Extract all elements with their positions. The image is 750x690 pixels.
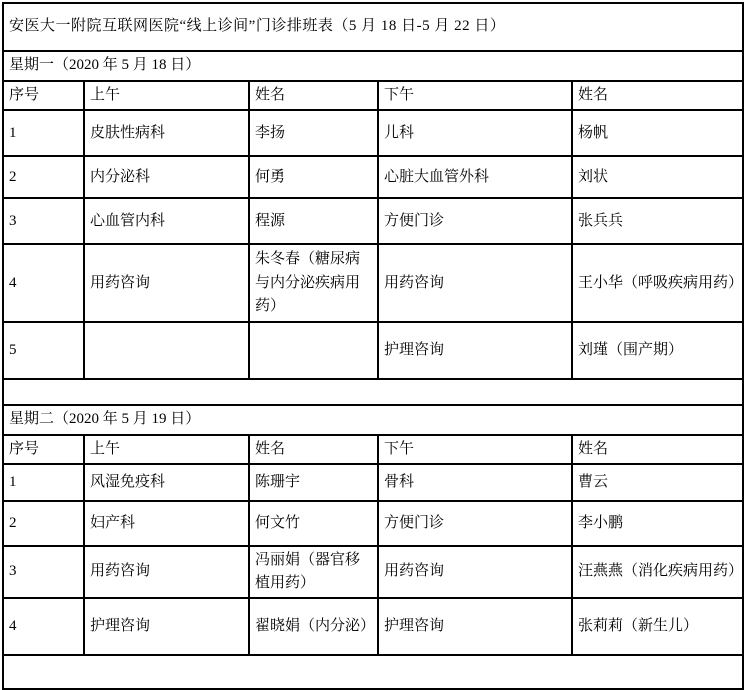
col-header-am-name: 姓名 <box>249 435 378 464</box>
row-no: 3 <box>3 198 84 244</box>
pm-name-cell: 曹云 <box>572 464 743 501</box>
pm-name-cell: 刘瑾（围产期） <box>572 322 743 379</box>
bottom-spacer-row <box>3 655 743 689</box>
table-row: 5 护理咨询 刘瑾（围产期） <box>3 322 743 379</box>
schedule-table: 安医大一附院互联网医院“线上诊间”门诊排班表（5 月 18 日-5 月 22 日… <box>2 2 744 689</box>
col-header-am-name: 姓名 <box>249 81 378 110</box>
pm-dept-cell: 方便门诊 <box>378 501 572 546</box>
pm-dept-cell: 护理咨询 <box>378 322 572 379</box>
am-name-cell: 李扬 <box>249 110 378 156</box>
day2-header-row: 序号 上午 姓名 下午 姓名 <box>3 435 743 464</box>
am-dept-cell: 皮肤性病科 <box>84 110 249 156</box>
col-header-pm-name: 姓名 <box>572 81 743 110</box>
col-header-pm: 下午 <box>378 81 572 110</box>
day2-heading-row: 星期二（2020 年 5 月 19 日） <box>3 405 743 434</box>
col-header-am: 上午 <box>84 81 249 110</box>
am-dept-cell: 用药咨询 <box>84 244 249 322</box>
col-header-no: 序号 <box>3 81 84 110</box>
row-no: 2 <box>3 156 84 198</box>
pm-name-cell: 刘状 <box>572 156 743 198</box>
row-no: 3 <box>3 546 84 599</box>
am-dept-cell <box>84 322 249 379</box>
am-name-cell: 冯丽娟（器官移植用药） <box>249 546 378 599</box>
am-name-cell <box>249 322 378 379</box>
day2-heading: 星期二（2020 年 5 月 19 日） <box>3 405 743 434</box>
table-row: 3 心血管内科 程源 方便门诊 张兵兵 <box>3 198 743 244</box>
row-no: 5 <box>3 322 84 379</box>
am-name-cell: 陈珊宇 <box>249 464 378 501</box>
am-dept-cell: 风湿免疫科 <box>84 464 249 501</box>
table-row: 1 风湿免疫科 陈珊宇 骨科 曹云 <box>3 464 743 501</box>
am-dept-cell: 心血管内科 <box>84 198 249 244</box>
document-page: 安医大一附院互联网医院“线上诊间”门诊排班表（5 月 18 日-5 月 22 日… <box>2 2 746 689</box>
title-row: 安医大一附院互联网医院“线上诊间”门诊排班表（5 月 18 日-5 月 22 日… <box>3 3 743 51</box>
pm-name-cell: 汪燕燕（消化疾病用药） <box>572 546 743 599</box>
row-no: 1 <box>3 110 84 156</box>
page-title: 安医大一附院互联网医院“线上诊间”门诊排班表（5 月 18 日-5 月 22 日… <box>3 3 743 51</box>
am-name-cell: 何文竹 <box>249 501 378 546</box>
spacer-row <box>3 379 743 405</box>
day1-header-row: 序号 上午 姓名 下午 姓名 <box>3 81 743 110</box>
table-row: 4 用药咨询 朱冬春（糖尿病与内分泌疾病用药） 用药咨询 王小华（呼吸疾病用药） <box>3 244 743 322</box>
am-dept-cell: 用药咨询 <box>84 546 249 599</box>
pm-dept-cell: 护理咨询 <box>378 598 572 655</box>
pm-dept-cell: 用药咨询 <box>378 546 572 599</box>
pm-dept-cell: 用药咨询 <box>378 244 572 322</box>
am-dept-cell: 妇产科 <box>84 501 249 546</box>
col-header-no: 序号 <box>3 435 84 464</box>
am-dept-cell: 内分泌科 <box>84 156 249 198</box>
table-row: 2 内分泌科 何勇 心脏大血管外科 刘状 <box>3 156 743 198</box>
table-row: 2 妇产科 何文竹 方便门诊 李小鹏 <box>3 501 743 546</box>
row-no: 4 <box>3 598 84 655</box>
row-no: 1 <box>3 464 84 501</box>
am-name-cell: 程源 <box>249 198 378 244</box>
day1-heading: 星期一（2020 年 5 月 18 日） <box>3 51 743 81</box>
pm-dept-cell: 方便门诊 <box>378 198 572 244</box>
pm-dept-cell: 儿科 <box>378 110 572 156</box>
am-name-cell: 朱冬春（糖尿病与内分泌疾病用药） <box>249 244 378 322</box>
table-row: 1 皮肤性病科 李扬 儿科 杨帆 <box>3 110 743 156</box>
table-row: 4 护理咨询 翟晓娟（内分泌） 护理咨询 张莉莉（新生儿） <box>3 598 743 655</box>
pm-name-cell: 张莉莉（新生儿） <box>572 598 743 655</box>
am-name-cell: 何勇 <box>249 156 378 198</box>
pm-name-cell: 王小华（呼吸疾病用药） <box>572 244 743 322</box>
table-row: 3 用药咨询 冯丽娟（器官移植用药） 用药咨询 汪燕燕（消化疾病用药） <box>3 546 743 599</box>
pm-dept-cell: 心脏大血管外科 <box>378 156 572 198</box>
pm-name-cell: 李小鹏 <box>572 501 743 546</box>
row-no: 4 <box>3 244 84 322</box>
bottom-spacer-cell <box>3 655 743 689</box>
spacer-cell <box>3 379 743 405</box>
pm-dept-cell: 骨科 <box>378 464 572 501</box>
col-header-pm: 下午 <box>378 435 572 464</box>
am-name-cell: 翟晓娟（内分泌） <box>249 598 378 655</box>
col-header-am: 上午 <box>84 435 249 464</box>
pm-name-cell: 杨帆 <box>572 110 743 156</box>
am-dept-cell: 护理咨询 <box>84 598 249 655</box>
col-header-pm-name: 姓名 <box>572 435 743 464</box>
day1-heading-row: 星期一（2020 年 5 月 18 日） <box>3 51 743 81</box>
row-no: 2 <box>3 501 84 546</box>
pm-name-cell: 张兵兵 <box>572 198 743 244</box>
